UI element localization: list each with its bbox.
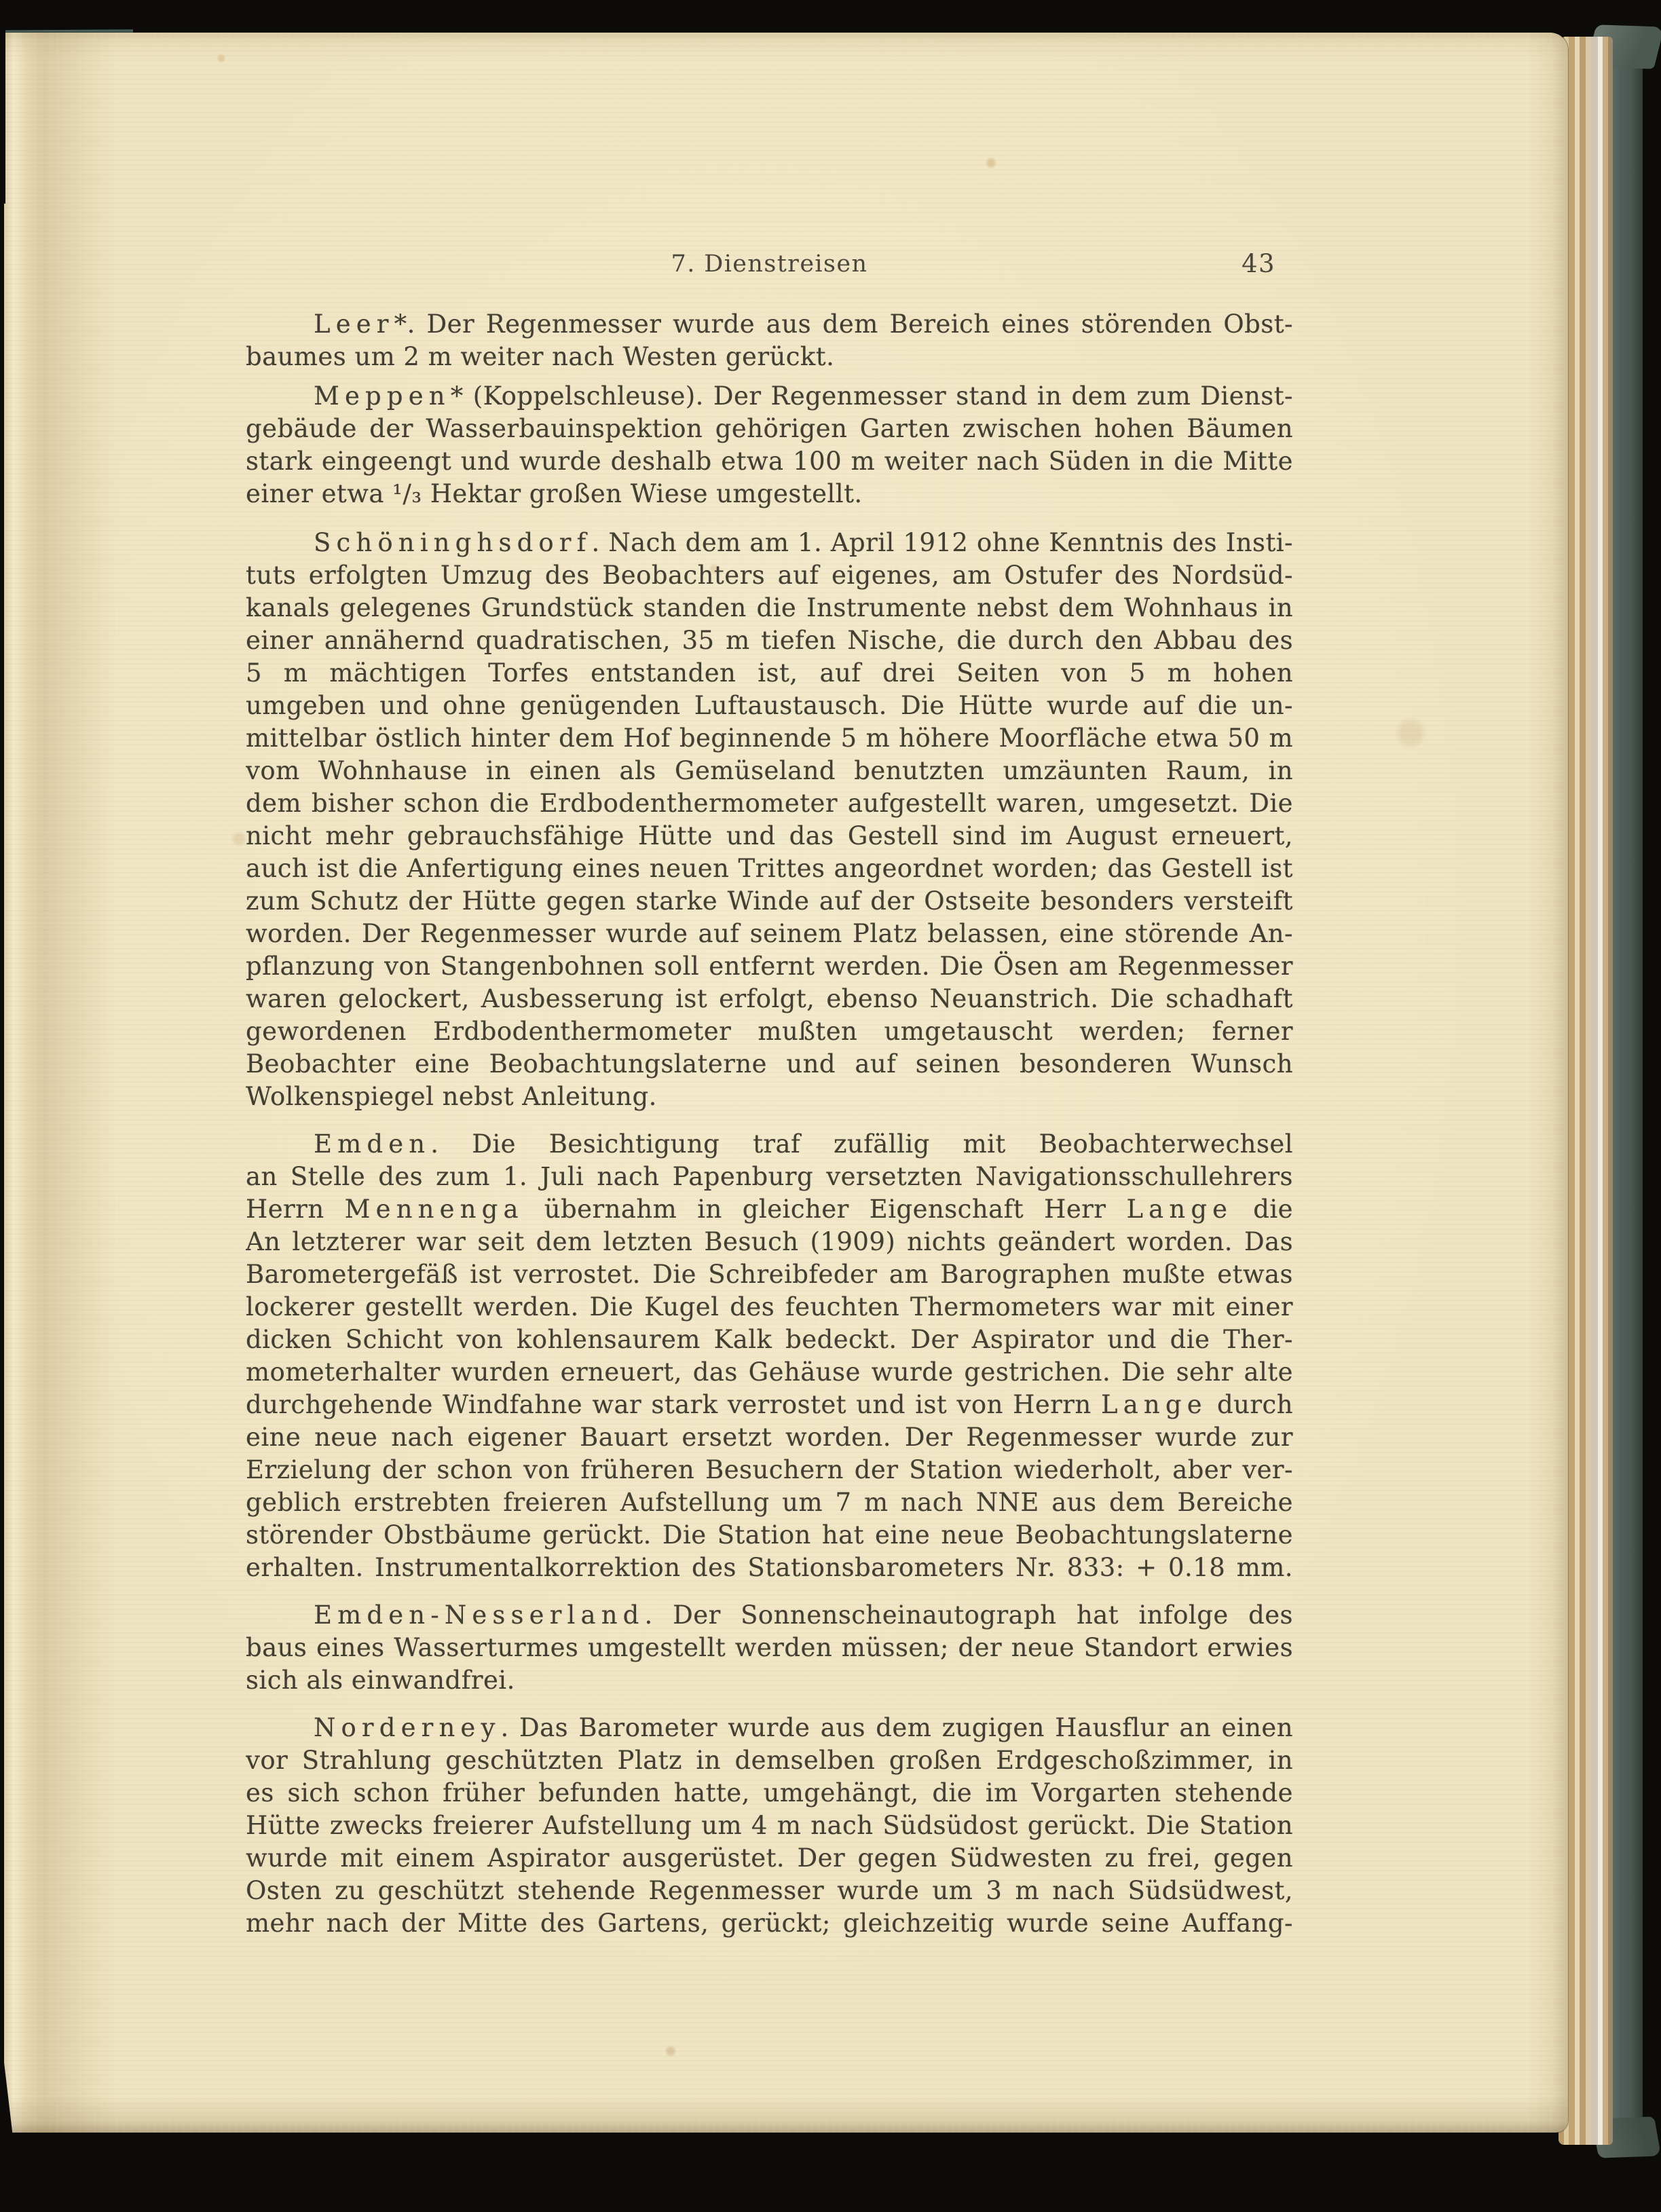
text-line: sich als einwandfrei. [246, 1664, 1293, 1697]
text-line: einer etwa ¹/₃ Hektar großen Wiese umges… [246, 478, 1293, 510]
text-line: erhalten. Instrumentalkorrektion des Sta… [246, 1552, 1293, 1584]
station-name: Emden-Nesserland [314, 1600, 645, 1630]
station-name: Emden [314, 1129, 430, 1159]
text-line: störender Obstbäume gerückt. Die Station… [246, 1519, 1293, 1552]
paragraph-schoeninghsdorf: Schöninghsdorf. Nach dem am 1. April 191… [246, 527, 1293, 1113]
text-line: Emden. Die Besichtigung traf zufällig mi… [246, 1128, 1293, 1161]
text-line: mittelbar östlich hinter dem Hof beginne… [246, 722, 1293, 755]
text-line: auch ist die Anfertigung eines neuen Tri… [246, 852, 1293, 885]
paragraph-leer: Leer*. Der Regenmesser wurde aus dem Ber… [246, 308, 1293, 373]
text-line: an Stelle des zum 1. Juli nach Papenburg… [246, 1161, 1293, 1193]
text-line: vor Strahlung geschützten Platz in demse… [246, 1744, 1293, 1777]
text-line: stark eingeengt und wurde deshalb etwa 1… [246, 445, 1293, 478]
text-line: mehr nach der Mitte des Gartens, gerückt… [246, 1907, 1293, 1940]
text-line: Beobachter eine Beobachtungslaterne und … [246, 1048, 1293, 1081]
book-page: 7. Dienstreisen 43 Leer*. Der Regenmesse… [4, 33, 1568, 2133]
station-name: Leer [314, 310, 394, 339]
station-name: Lange [1126, 1195, 1233, 1224]
text-line: gebäude der Wasserbauinspektion gehörige… [246, 413, 1293, 445]
text-block: Leer*. Der Regenmesser wurde aus dem Ber… [246, 308, 1293, 1940]
text-line: baumes um 2 m weiter nach Westen gerückt… [246, 341, 1293, 373]
text-line: zum Schutz der Hütte gegen starke Winde … [246, 885, 1293, 918]
text-line: worden. Der Regenmesser wurde auf seinem… [246, 918, 1293, 950]
text-line: es sich schon früher befunden hatte, umg… [246, 1777, 1293, 1810]
text-line: nicht mehr gebrauchsfähige Hütte und das… [246, 820, 1293, 852]
text-line: mometerhalter wurden erneuert, das Gehäu… [246, 1356, 1293, 1389]
station-name: Mennenga [345, 1195, 524, 1224]
text-line: Meppen* (Koppelschleuse). Der Regenmesse… [246, 380, 1293, 413]
text-line: Leer*. Der Regenmesser wurde aus dem Ber… [246, 308, 1293, 341]
text-line: umgeben und ohne genügenden Luftaustausc… [246, 690, 1293, 722]
text-line: geblich erstrebten freieren Aufstellung … [246, 1486, 1293, 1519]
text-line: wurde mit einem Aspirator ausgerüstet. D… [246, 1842, 1293, 1875]
text-line: vom Wohnhause in einen als Gemüseland be… [246, 755, 1293, 787]
paragraph-meppen: Meppen* (Koppelschleuse). Der Regenmesse… [246, 380, 1293, 510]
paragraph-emden: Emden. Die Besichtigung traf zufällig mi… [246, 1128, 1293, 1584]
book-cover-edge [1611, 27, 1643, 2156]
text-line: Barometergefäß ist verrostet. Die Schrei… [246, 1258, 1293, 1291]
text-line: 5 m mächtigen Torfes entstanden ist, auf… [246, 657, 1293, 690]
station-name: Lange [1101, 1390, 1208, 1419]
text-line: lockerer gestellt werden. Die Kugel des … [246, 1291, 1293, 1324]
text-line: Schöninghsdorf. Nach dem am 1. April 191… [246, 527, 1293, 559]
paragraph-emden-nesserland: Emden-Nesserland. Der Sonnenscheinautogr… [246, 1599, 1293, 1697]
text-line: Wolkenspiegel nebst Anleitung. [246, 1081, 1293, 1113]
text-line: kanals gelegenes Grundstück standen die … [246, 592, 1293, 624]
text-line: Norderney. Das Barometer wurde aus dem z… [246, 1712, 1293, 1744]
scan-edge-left [0, 0, 5, 204]
text-line: Erzielung der schon von früheren Besuche… [246, 1454, 1293, 1486]
paragraph-norderney: Norderney. Das Barometer wurde aus dem z… [246, 1712, 1293, 1940]
text-line: baus eines Wasserturmes umgestellt werde… [246, 1632, 1293, 1664]
page-number: 43 [1242, 250, 1275, 278]
text-line: dicken Schicht von kohlensaurem Kalk bed… [246, 1324, 1293, 1356]
text-line: durchgehende Windfahne war stark verrost… [246, 1389, 1293, 1421]
text-line: Herrn Mennenga übernahm in gleicher Eige… [246, 1193, 1293, 1226]
text-line: dem bisher schon die Erdbodenthermometer… [246, 787, 1293, 820]
text-line: waren gelockert, Ausbesserung ist erfolg… [246, 983, 1293, 1015]
text-line: pflanzung von Stangenbohnen soll entfern… [246, 950, 1293, 983]
station-name: Schöninghsdorf [314, 528, 591, 557]
section-title: 7. Dienstreisen [246, 250, 1293, 278]
running-head: 7. Dienstreisen 43 [246, 250, 1293, 278]
text-line: tuts erfolgten Umzug des Beobachters auf… [246, 559, 1293, 592]
text-line: gewordenen Erdbodenthermometer mußten um… [246, 1015, 1293, 1048]
station-name: Meppen [314, 381, 451, 411]
text-line: eine neue nach eigener Bauart ersetzt wo… [246, 1421, 1293, 1454]
text-line: einer annähernd quadratischen, 35 m tief… [246, 624, 1293, 657]
text-line: An letzterer war seit dem letzten Besuch… [246, 1226, 1293, 1258]
text-line: Hütte zwecks freierer Aufstellung um 4 m… [246, 1810, 1293, 1842]
text-line: Osten zu geschützt stehende Regenmesser … [246, 1875, 1293, 1907]
text-line: Emden-Nesserland. Der Sonnenscheinautogr… [246, 1599, 1293, 1632]
station-name: Norderney [314, 1713, 501, 1742]
